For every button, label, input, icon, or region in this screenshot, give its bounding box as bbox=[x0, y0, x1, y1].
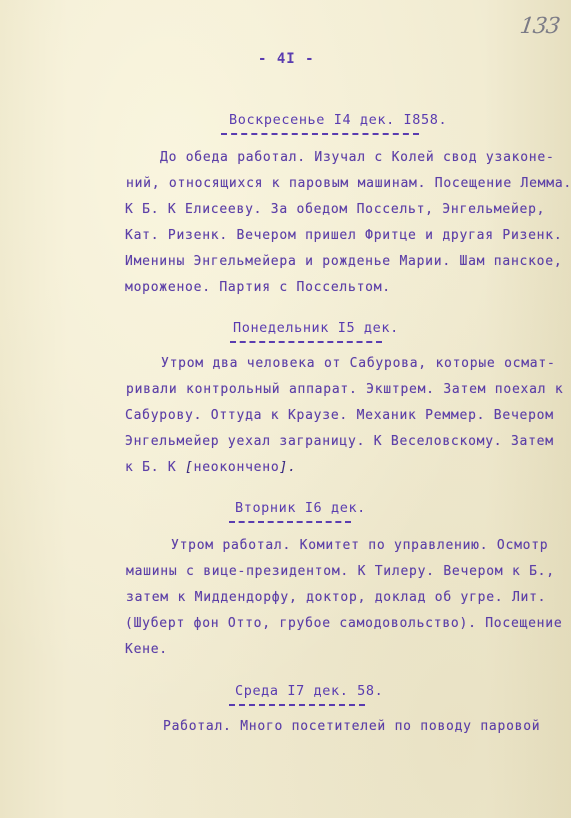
entry-heading-monday: Понедельник I5 дек. bbox=[233, 320, 399, 336]
entry-line: К Б. К Елисееву. За обедом Поссельт, Энг… bbox=[125, 202, 545, 218]
entry-line: Сабурову. Оттуда к Краузе. Механик Ремме… bbox=[125, 408, 554, 424]
entry-line: мороженое. Партия с Поссельтом. bbox=[125, 280, 391, 296]
entry-heading-wednesday: Среда I7 дек. 58. bbox=[235, 683, 383, 699]
entry-line: Работал. Много посетителей по поводу пар… bbox=[163, 719, 540, 735]
entry-line: Именины Энгельмейера и рожденье Марии. Ш… bbox=[125, 254, 562, 270]
editorial-note: неокончено bbox=[194, 460, 280, 475]
entry-line: затем к Миддендорфу, доктор, доклад об у… bbox=[126, 590, 546, 606]
entry-line: машины с вице-президентом. К Тилеру. Веч… bbox=[126, 564, 555, 580]
entry-line: ривали контрольный аппарат. Экштрем. Зат… bbox=[126, 382, 563, 398]
bracket-close: ]. bbox=[279, 460, 296, 475]
entry-line: (Шуберт фон Отто, грубое самодовольство)… bbox=[125, 616, 562, 632]
entry-line: До обеда работал. Изучал с Колей свод уз… bbox=[160, 150, 555, 166]
entry-line: Кат. Ризенк. Вечером пришел Фритце и дру… bbox=[125, 228, 562, 244]
heading-underline bbox=[229, 521, 351, 523]
line-prefix: к Б. К bbox=[125, 460, 185, 475]
entry-line: Утром два человека от Сабурова, которые … bbox=[161, 356, 556, 372]
entry-line: Кене. bbox=[125, 642, 168, 658]
page-number: - 4I - bbox=[258, 51, 315, 67]
entry-line: Утром работал. Комитет по управлению. Ос… bbox=[171, 538, 548, 554]
entry-line: ний, относящихся к паровым машинам. Посе… bbox=[126, 176, 571, 192]
entry-line: Энгельмейер уехал заграницу. К Веселовск… bbox=[125, 434, 554, 450]
entry-line-with-note: к Б. К [неокончено]. bbox=[125, 460, 297, 476]
heading-underline bbox=[229, 704, 365, 706]
heading-underline bbox=[230, 341, 382, 343]
bracket-open: [ bbox=[185, 460, 194, 475]
folio-number: 133 bbox=[518, 14, 561, 39]
document-page: 133 - 4I - Воскресенье I4 дек. I858. До … bbox=[0, 0, 571, 818]
heading-underline bbox=[221, 133, 419, 135]
entry-heading-sunday: Воскресенье I4 дек. I858. bbox=[229, 112, 447, 128]
entry-heading-tuesday: Вторник I6 дек. bbox=[235, 500, 366, 516]
